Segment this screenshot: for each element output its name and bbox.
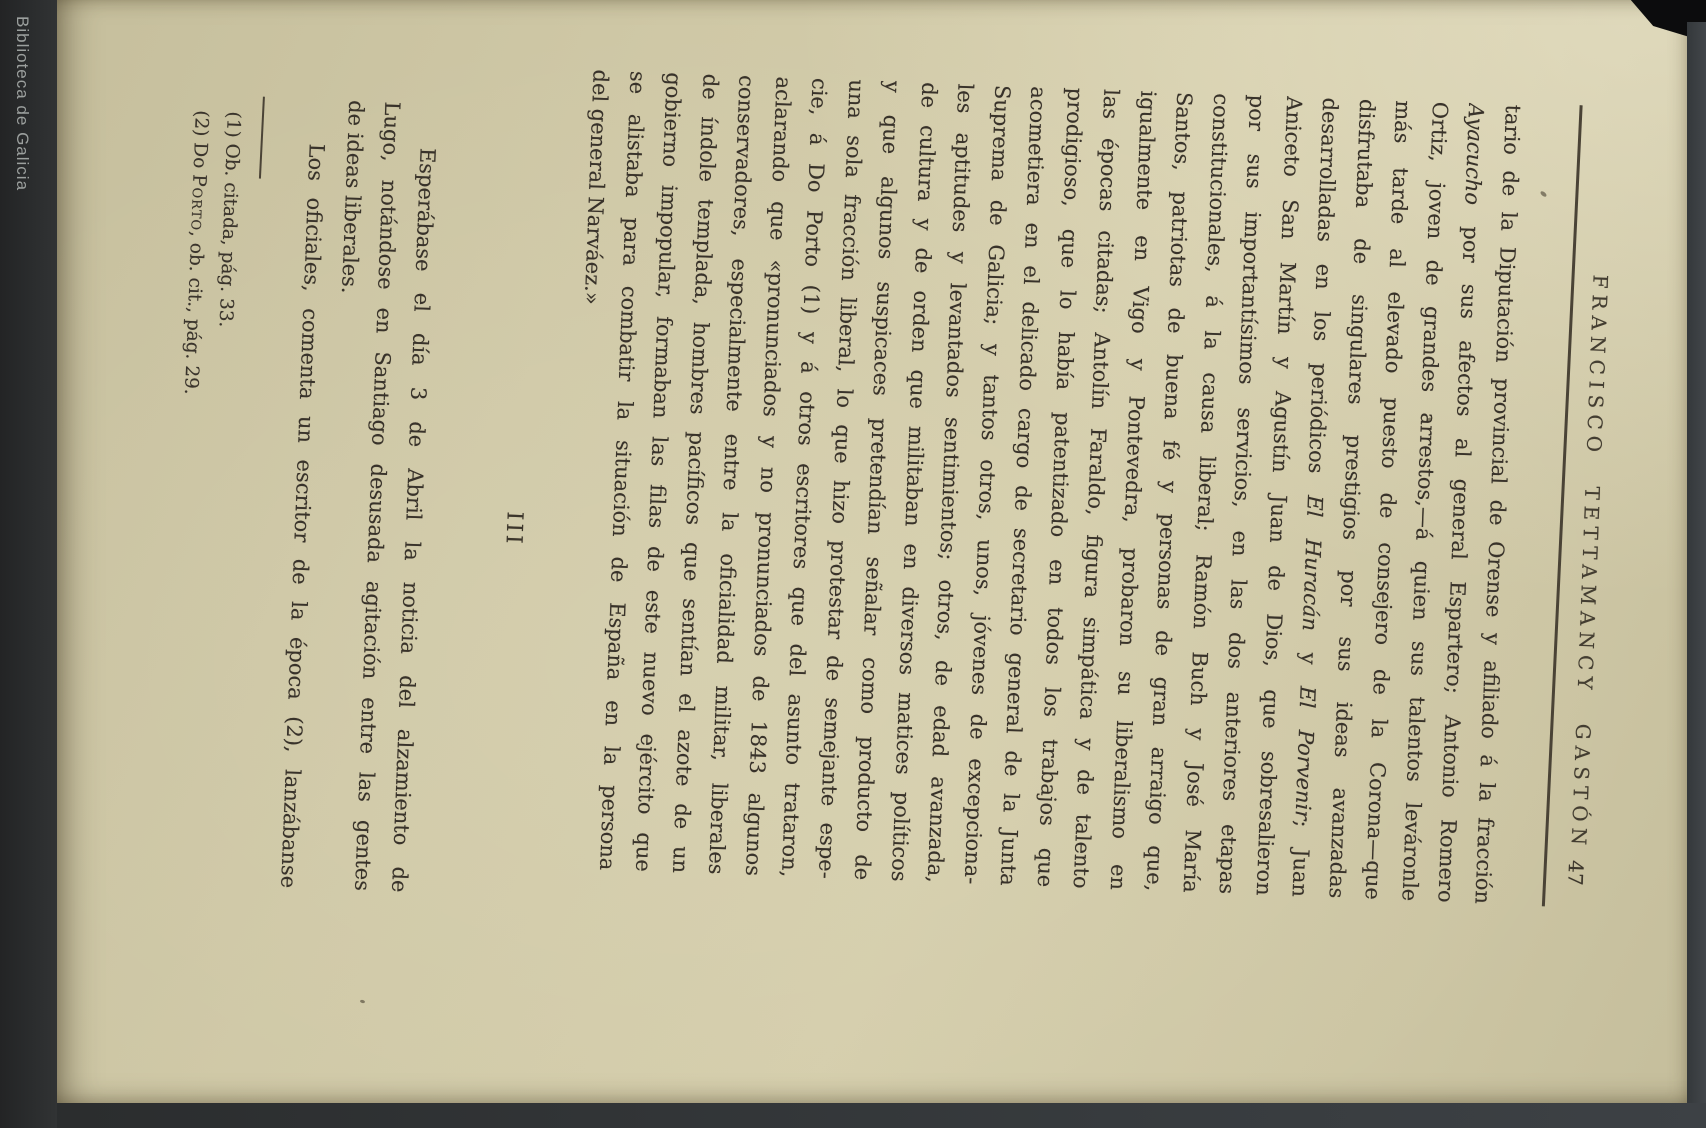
page-number: 47 — [1563, 860, 1588, 886]
running-head-title: FRANCISCO TETTAMANCY GASTÓN — [1564, 108, 1619, 908]
library-watermark: Biblioteca de Galicia — [12, 16, 32, 191]
running-head: FRANCISCO TETTAMANCY GASTÓN 47 — [1558, 108, 1619, 909]
scan-bottom-edge — [0, 1103, 1706, 1128]
footnote-separator — [259, 97, 265, 179]
section-block: III Esperábase el día 3 de Abril la noti… — [155, 94, 542, 897]
scan-viewport: FRANCISCO TETTAMANCY GASTÓN 47 tario de … — [0, 0, 1706, 1128]
section-heading: III — [476, 106, 542, 897]
page-content: FRANCISCO TETTAMANCY GASTÓN 47 tario de … — [55, 0, 1706, 1118]
footnotes: (1) Ob. citada, pág. 33.(2) Do Porto, ob… — [155, 94, 249, 886]
body-paragraph: tario de la Diputación provincial de Ore… — [552, 69, 1531, 905]
scan-right-edge — [1687, 22, 1706, 1112]
